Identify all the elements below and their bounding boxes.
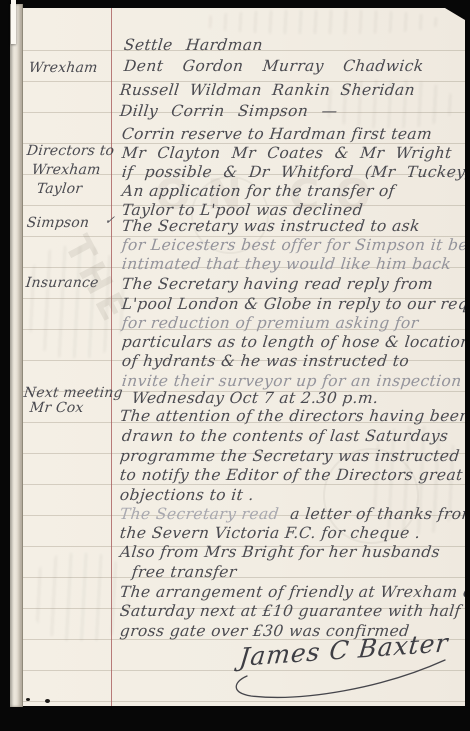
minute-line: Corrin reserve to Hardman first team [121,125,433,143]
minute-line: particulars as to length of hose & locat… [121,333,465,351]
minute-line: Also from Mrs Bright for her husbands [119,543,441,561]
minute-line: Mr Clayton Mr Coates & Mr Wright [121,144,453,162]
ledger-photo: THE ON CO Wrexham Directors to Wrexham T… [0,0,470,731]
minute-line: Wednesday Oct 7 at 2.30 p.m. [131,389,379,407]
minute-line: The arrangement of friendly at Wrexham o… [119,583,465,601]
margin-note-taylor: Taylor [36,181,83,197]
faint-ink-phrase: The Secretary read [119,505,280,523]
minute-line: programme the Secretary was instructed [119,447,461,465]
minute-line: objections to it . [119,486,255,504]
minute-line: Saturday next at £10 guarantee with half [119,602,462,620]
margin-note-mr-cox: Mr Cox [29,400,84,416]
minute-line: Dilly Corrin Simpson — [119,102,338,120]
page-edge-strip [10,4,23,707]
ghost-smudge [33,553,129,641]
minute-line: The Secretary read a letter of thanks fr… [119,505,465,523]
minute-line: The Secretary having read reply from [121,275,434,293]
check-mark-icon: ✓ [104,213,116,227]
minute-line: intimated that they would like him back [121,255,452,273]
minute-line: of hydrants & he was instructed to [121,352,410,370]
margin-note-directors: Directors to [26,143,115,159]
page-edge-sliver [11,0,16,44]
dark-ink-phrase: a letter of thanks from [289,505,465,523]
minute-line: if possible & Dr Whitford (Mr Tuckey) [121,163,465,181]
minute-line: The Secretary was instructed to ask [121,217,421,235]
minute-line: L'pool London & Globe in reply to our re… [121,295,465,313]
signature-flourish [213,640,453,706]
ink-speck [45,699,50,703]
minute-line: An application for the transfer of [121,182,396,200]
minute-line: invite their surveyor up for an inspecti… [121,372,463,390]
minute-line: Settle Hardman [123,36,264,54]
minute-line: for Leicesters best offer for Simpson it… [121,236,465,254]
clipped-corner [445,8,465,20]
margin-note-wrexham-2: Wrexham [31,162,101,178]
margin-note-simpson: Simpson [26,215,90,231]
ghost-smudge [203,10,438,34]
margin-note-wrexham: Wrexham [28,60,98,76]
minute-line: the Severn Victoria F.C. for cheque . [119,524,421,542]
margin-note-next-meeting: Next meeting [23,385,124,401]
minute-line: drawn to the contents of last Saturdays [121,427,449,445]
minute-line: to notify the Editor of the Directors gr… [119,466,464,484]
margin-note-insurance: Insurance [25,275,99,291]
minute-line: Russell Wildman Rankin Sheridan [119,81,416,99]
minute-line: for reduction of premium asking for [121,314,420,332]
minute-line: The attention of the directors having be… [119,407,465,425]
minute-line: Dent Gordon Murray Chadwick [123,57,425,75]
minute-line: free transfer [131,563,238,581]
ink-speck [26,698,30,701]
minute-book-page: THE ON CO Wrexham Directors to Wrexham T… [23,8,465,706]
